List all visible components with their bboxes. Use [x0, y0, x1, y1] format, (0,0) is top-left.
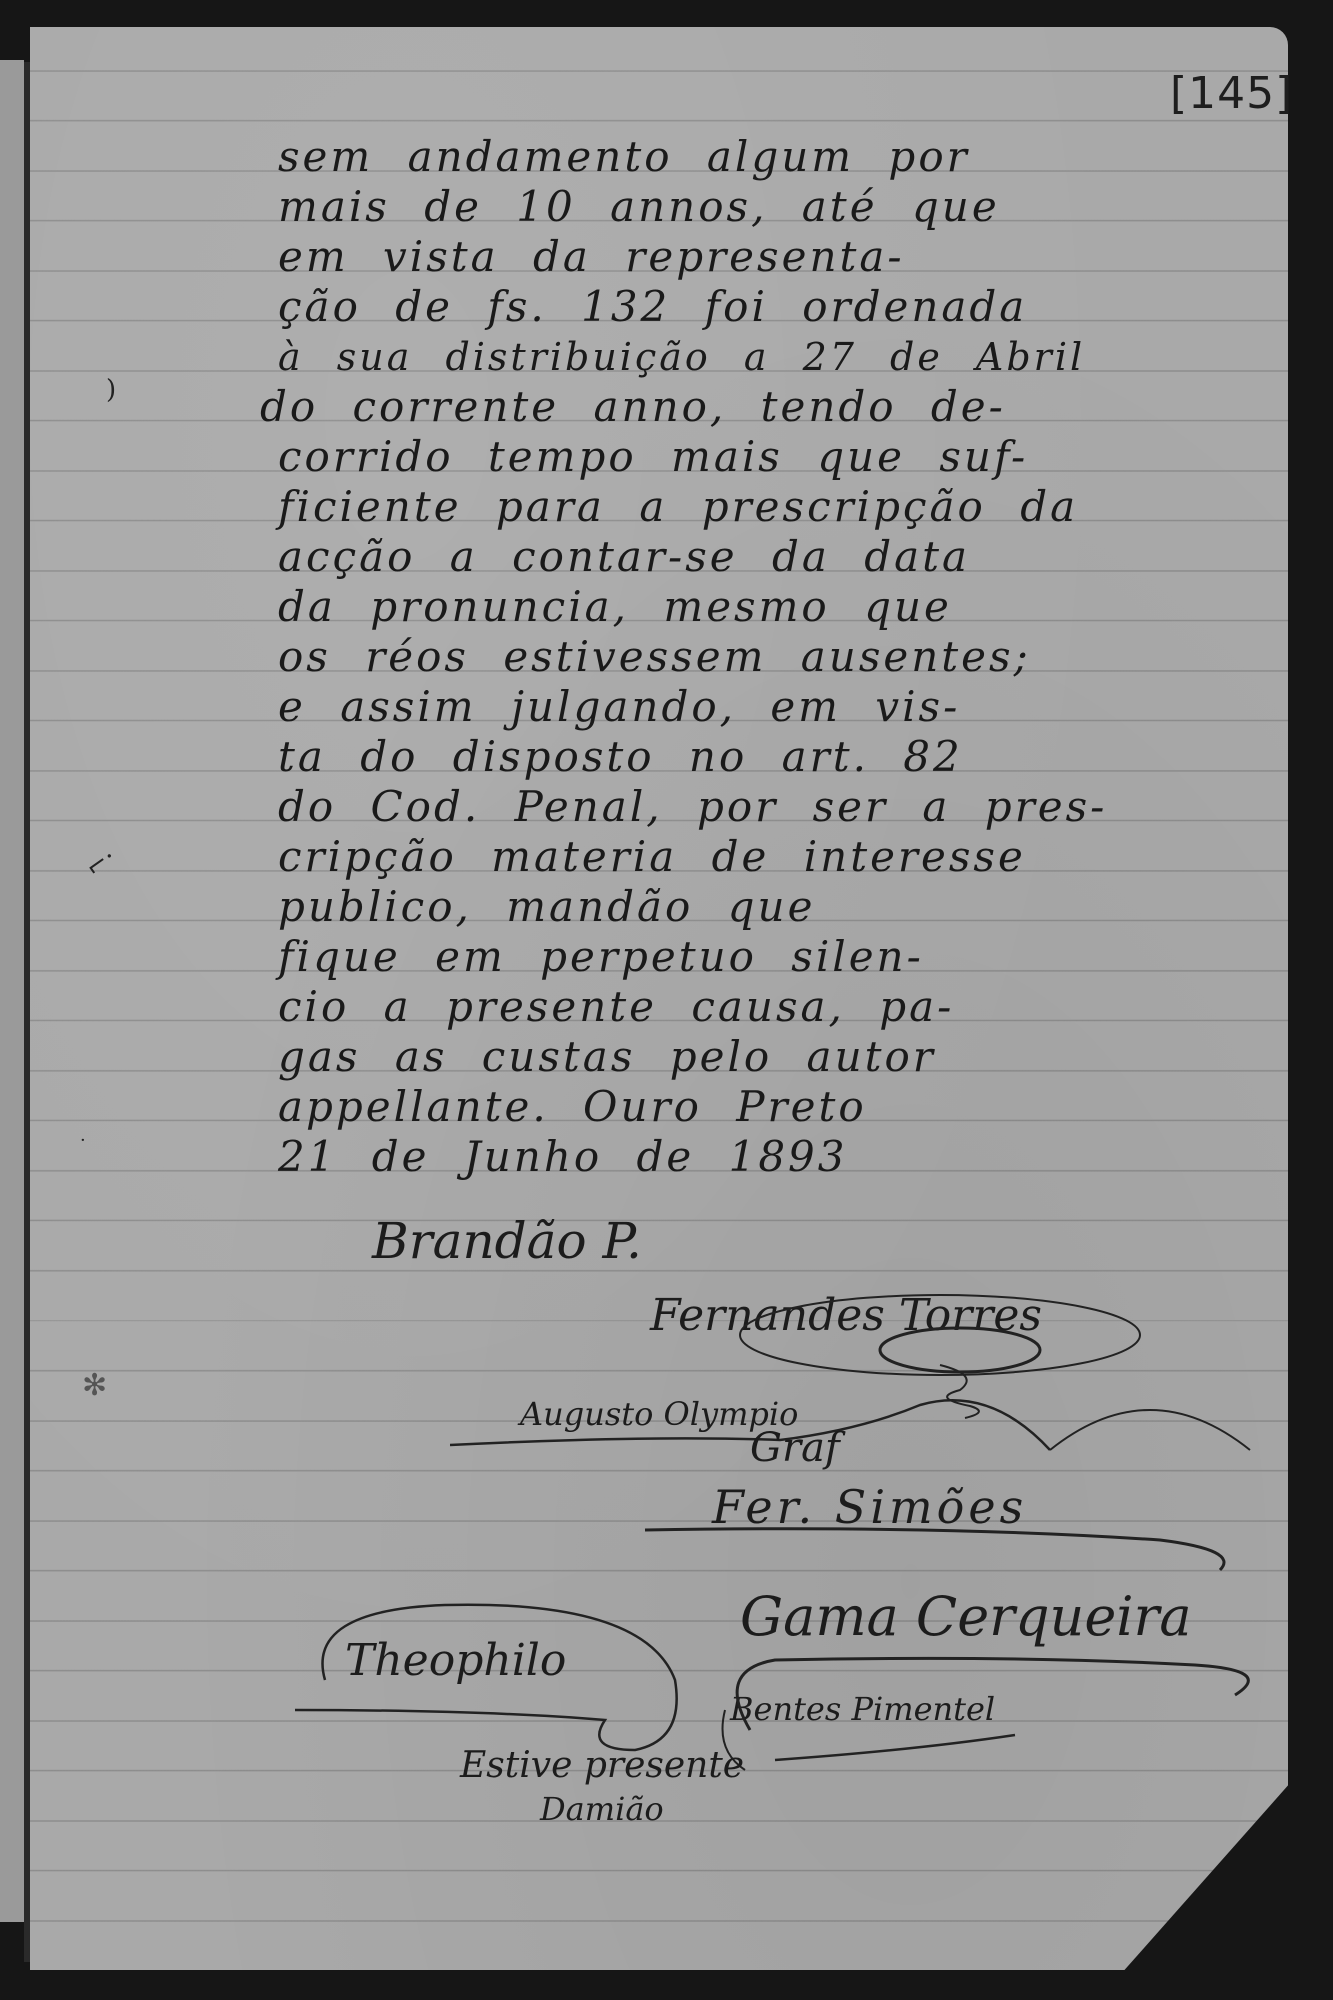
closing-note-line-2: Damião — [540, 1790, 664, 1828]
text-line: acção a contar-se da data — [278, 532, 970, 582]
signature-bentes-pimentel: Bentes Pimentel — [730, 1690, 995, 1728]
text-line: ção de fs. 132 foi ordenada — [278, 282, 1027, 332]
ink-blot: ✻ — [82, 1368, 107, 1403]
text-line: gas as custas pelo autor — [278, 1032, 936, 1082]
text-line: à sua distribuição a 27 de Abril — [278, 332, 1085, 382]
ink-mark: ) — [106, 375, 116, 405]
text-line: 21 de Junho de 1893 — [278, 1132, 848, 1182]
adjacent-page-edge — [0, 60, 24, 1922]
text-line: mais de 10 annos, até que — [278, 182, 1000, 232]
text-line: ficiente para a prescripção da — [278, 482, 1078, 532]
text-line: ta do disposto no art. 82 — [278, 732, 963, 782]
signature-theophilo: Theophilo — [345, 1635, 566, 1686]
signature-fer-simoes: Fer. Simões — [712, 1480, 1027, 1534]
text-line: fique em perpetuo silen- — [278, 932, 924, 982]
signature-brandao: Brandão P. — [372, 1212, 642, 1270]
folio-number: [145] — [1170, 68, 1293, 119]
text-line: sem andamento algum por — [278, 132, 970, 182]
signature-fernandes-torres: Fernandes Torres — [650, 1290, 1042, 1341]
text-line: e assim julgando, em vis- — [278, 682, 960, 732]
text-line: em vista da representa- — [278, 232, 905, 282]
text-line: appellante. Ouro Preto — [278, 1082, 867, 1132]
text-line: publico, mandão que — [278, 882, 815, 932]
signature-graf: Graf — [750, 1425, 840, 1471]
closing-note-line-1: Estive presente — [460, 1745, 744, 1786]
signature-gama-cerqueira: Gama Cerqueira — [740, 1585, 1192, 1648]
text-line: cio a presente causa, pa- — [278, 982, 954, 1032]
text-line: corrido tempo mais que suf- — [278, 432, 1028, 482]
text-line: da pronuncia, mesmo que — [278, 582, 952, 632]
ink-mark: · — [80, 1130, 86, 1151]
text-line: do Cod. Penal, por ser a pres- — [278, 782, 1107, 832]
text-line: cripção materia de interesse — [278, 832, 1026, 882]
text-line: do corrente anno, tendo de- — [260, 382, 1006, 432]
text-line: os réos estivessem ausentes; — [278, 632, 1031, 682]
